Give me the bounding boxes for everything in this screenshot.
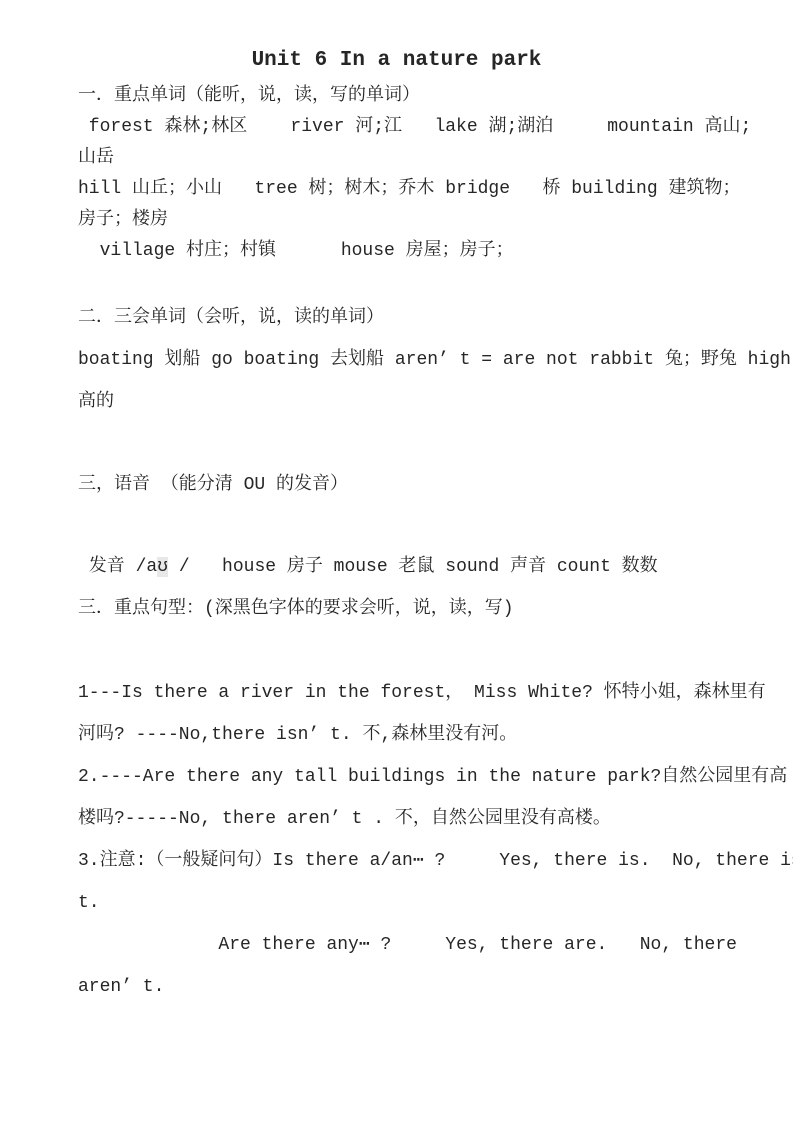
vocabulary-line: 房子；楼房	[78, 205, 757, 236]
vocabulary-line: 山岳	[78, 143, 757, 174]
sentence-line: 3.注意:（一般疑问句）Is there a/an⋯ ? Yes, there …	[78, 840, 757, 882]
vocabulary-line: boating 划船 go boating 去划船 aren’ t = are …	[78, 339, 757, 381]
pronunciation-section: 发音 /aʊ / house 房子 mouse 老鼠 sound 声音 coun…	[78, 546, 757, 588]
section-key-sentences-heading: 三．重点句型：(深黑色字体的要求会听，说，读，写)	[78, 588, 757, 630]
vocabulary-line: hill 山丘；小山 tree 树；树木；乔木 bridge 桥 buildin…	[78, 174, 757, 205]
section-phonetics-heading: 三，语音 （能分清 OU 的发音）	[78, 464, 757, 506]
sentence-line: 1---Is there a river in the forest， Miss…	[78, 672, 757, 714]
section-key-sentences: 三．重点句型：(深黑色字体的要求会听，说，读，写)	[78, 588, 757, 630]
section-three-skill-words: 二．三会单词（会听，说，读的单词） boating 划船 go boating …	[78, 297, 757, 423]
sentence-line: 2.----Are there any tall buildings in th…	[78, 756, 757, 798]
key-sentences-body: 1---Is there a river in the forest， Miss…	[78, 672, 757, 1008]
vocabulary-line: 高的	[78, 381, 757, 423]
document-page: Unit 6 In a nature park 一．重点单词（能听，说，读，写的…	[0, 0, 793, 1122]
sentence-line: aren’ t.	[78, 966, 757, 1008]
sentence-line: t.	[78, 882, 757, 924]
section-three-skill-words-heading: 二．三会单词（会听，说，读的单词）	[78, 297, 757, 339]
section-key-words-heading: 一．重点单词（能听，说，读，写的单词）	[78, 81, 757, 112]
pronunciation-suffix: / house 房子 mouse 老鼠 sound 声音 count 数数	[168, 557, 658, 577]
vocabulary-line: forest 森林;林区 river 河;江 lake 湖;湖泊 mountai…	[78, 112, 757, 143]
section-key-words: 一．重点单词（能听，说，读，写的单词） forest 森林;林区 river 河…	[78, 81, 757, 267]
section-phonetics: 三，语音 （能分清 OU 的发音）	[78, 464, 757, 506]
pronunciation-line: 发音 /aʊ / house 房子 mouse 老鼠 sound 声音 coun…	[78, 546, 757, 588]
highlighted-phoneme: ʊ	[157, 557, 168, 577]
vocabulary-line: village 村庄；村镇 house 房屋；房子；	[78, 236, 757, 267]
sentence-line: Are there any⋯ ? Yes, there are. No, the…	[78, 924, 757, 966]
pronunciation-prefix: 发音 /a	[78, 557, 157, 577]
document-title: Unit 6 In a nature park	[0, 45, 793, 76]
sentence-line: 河吗? ----No,there isn’ t. 不,森林里没有河。	[78, 714, 757, 756]
sentence-line: 楼吗?-----No, there aren’ t . 不，自然公园里没有高楼。	[78, 798, 757, 840]
